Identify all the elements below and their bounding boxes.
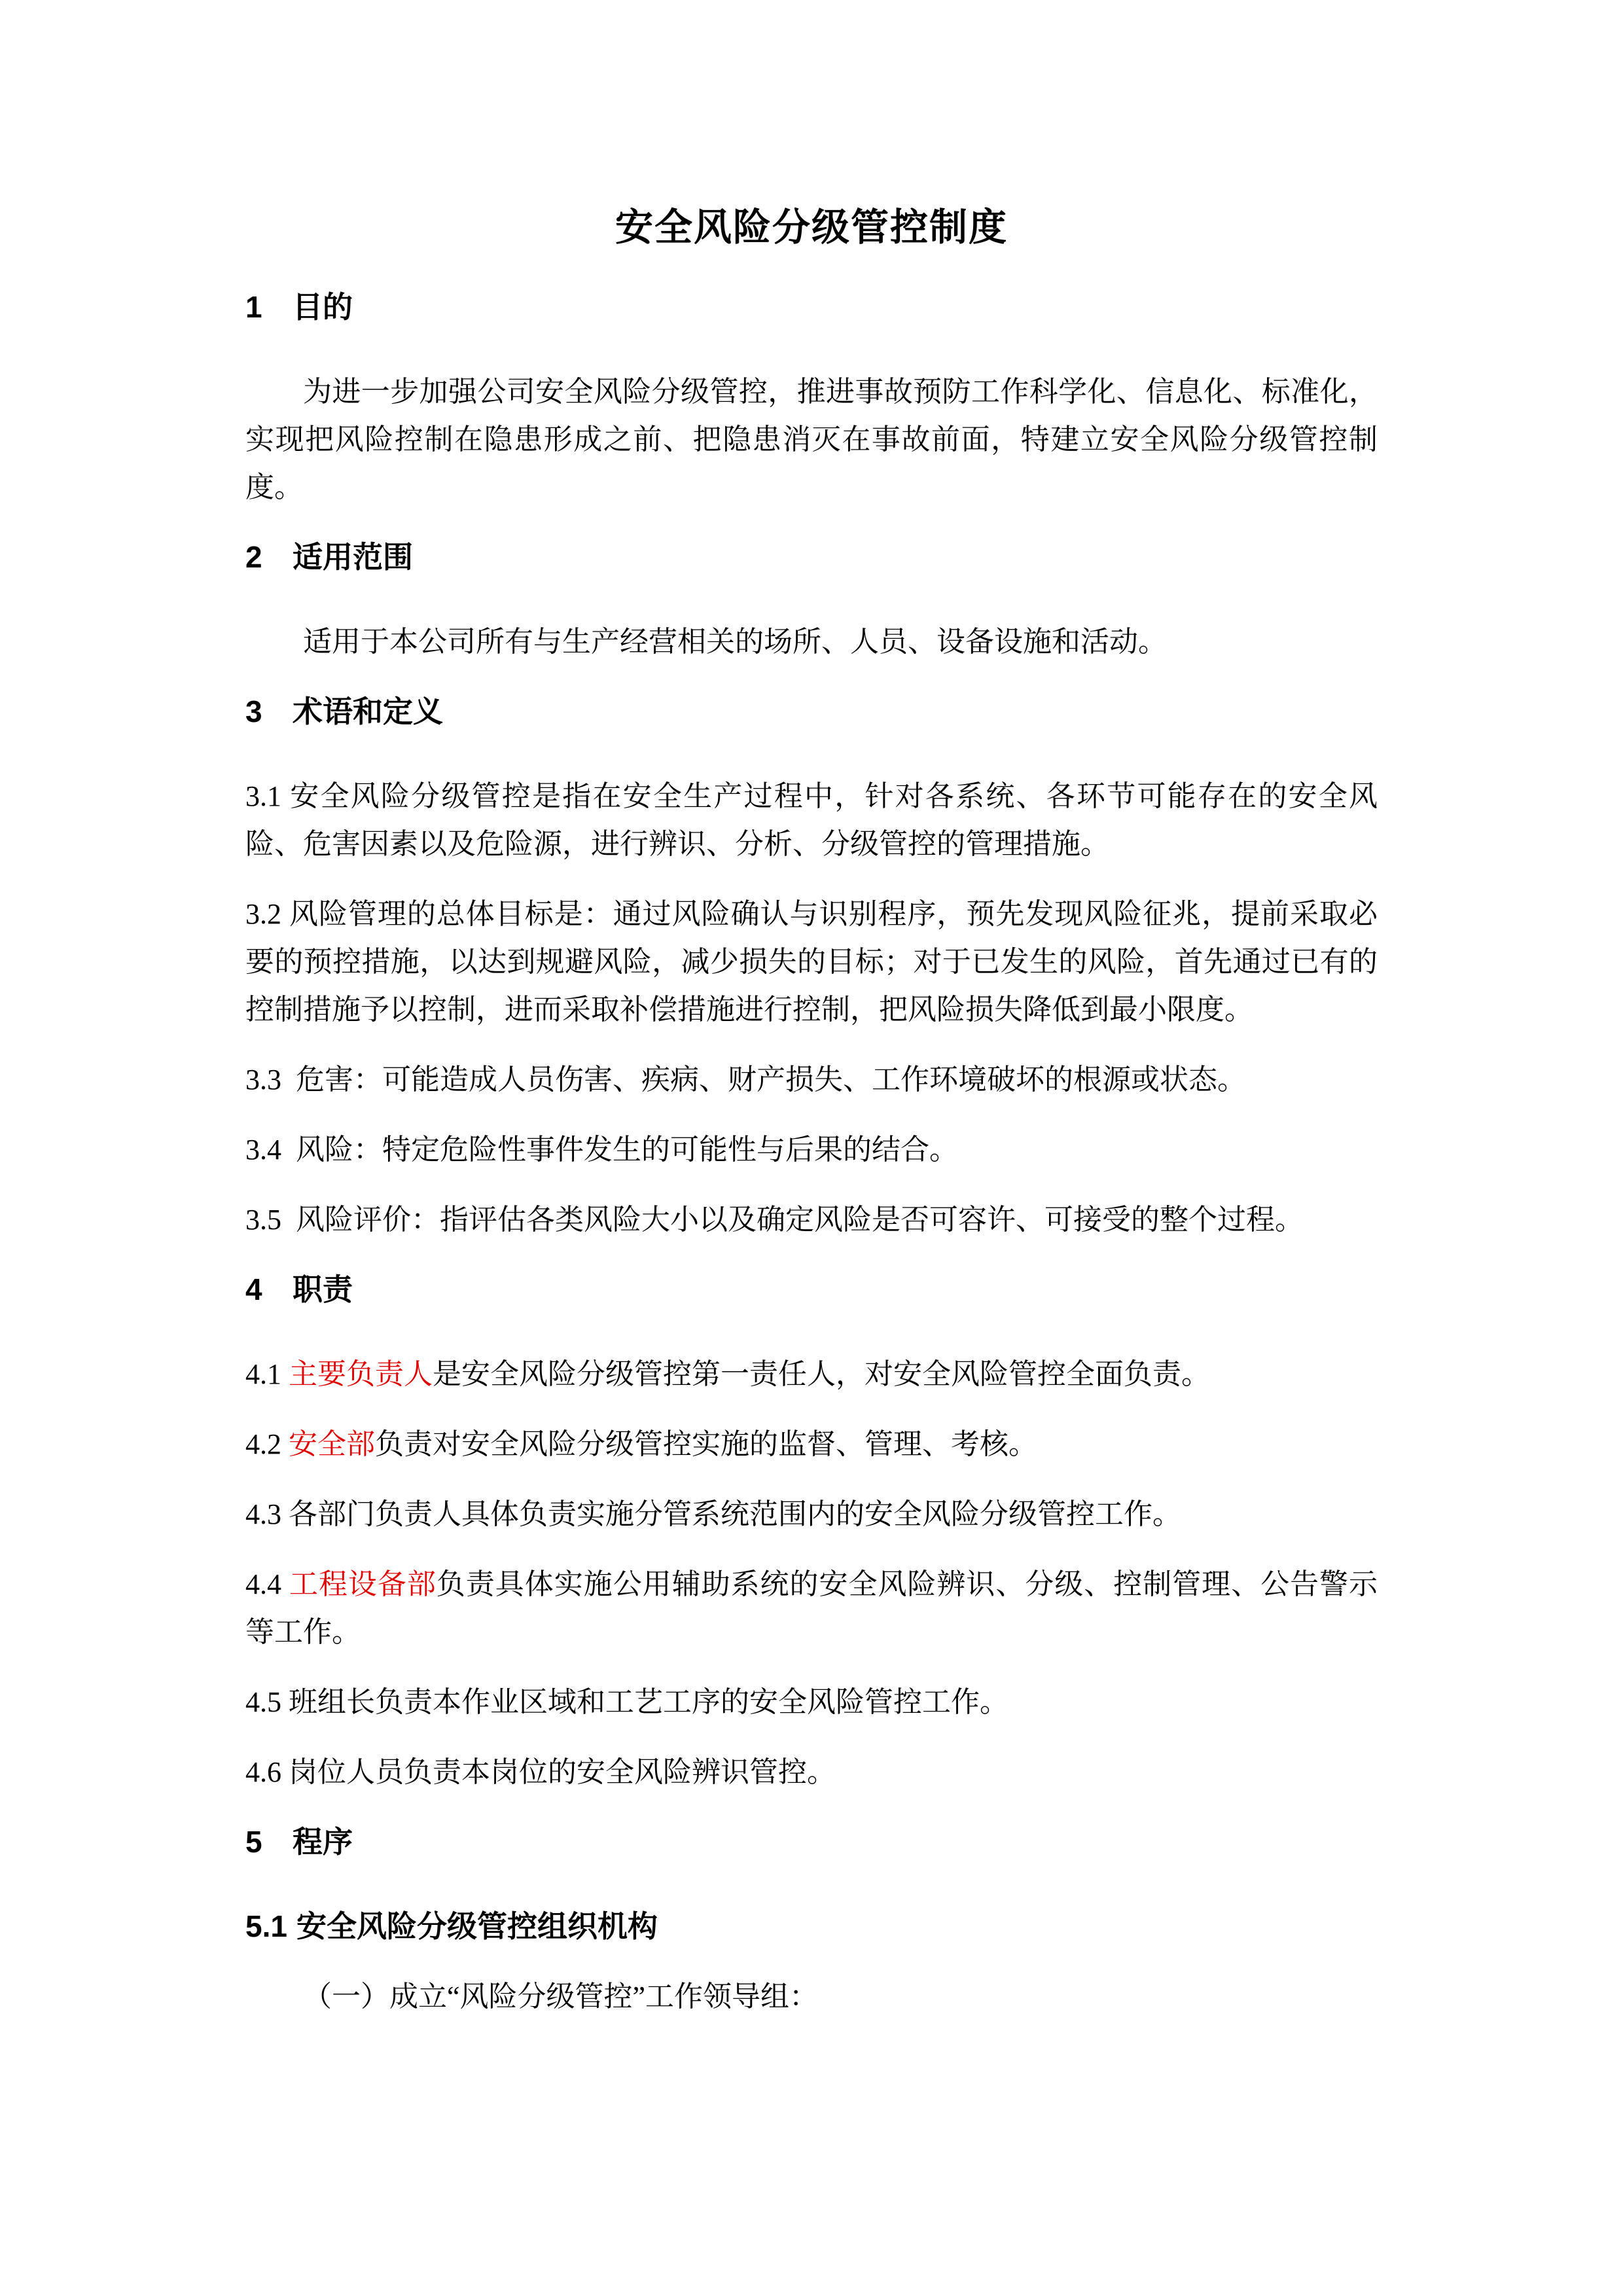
section-3-heading: 3术语和定义 — [245, 688, 1378, 736]
duty-4-4-prefix: 4.4 — [245, 1568, 289, 1600]
procedure-item-paragraph: （一）成立“风险分级管控”工作领导组： — [245, 1973, 1378, 2020]
section-1-label: 目的 — [293, 290, 353, 324]
section-4-number: 4 — [245, 1266, 293, 1314]
section-3-label: 术语和定义 — [293, 694, 443, 728]
duty-4-6-paragraph: 4.6 岗位人员负责本岗位的安全风险辨识管控。 — [245, 1748, 1378, 1796]
section-3-number: 3 — [245, 688, 293, 736]
duty-4-4-red-term: 工程设备部 — [289, 1568, 437, 1600]
section-5-number: 5 — [245, 1818, 293, 1866]
term-3-4-paragraph: 3.4 风险：特定危险性事件发生的可能性与后果的结合。 — [245, 1126, 1378, 1174]
section-2-label: 适用范围 — [293, 540, 413, 574]
scope-paragraph: 适用于本公司所有与生产经营相关的场所、人员、设备设施和活动。 — [245, 618, 1378, 666]
duty-4-5-paragraph: 4.5 班组长负责本作业区域和工艺工序的安全风险管控工作。 — [245, 1678, 1378, 1726]
section-4-label: 职责 — [293, 1272, 353, 1306]
section-5-1-label: 安全风险分级管控组织机构 — [296, 1909, 658, 1943]
section-5-label: 程序 — [293, 1825, 353, 1859]
section-5-heading: 5程序 — [245, 1818, 1378, 1866]
duty-4-4-paragraph: 4.4 工程设备部负责具体实施公用辅助系统的安全风险辨识、分级、控制管理、公告警… — [245, 1560, 1378, 1656]
term-3-2-paragraph: 3.2 风险管理的总体目标是：通过风险确认与识别程序，预先发现风险征兆，提前采取… — [245, 890, 1378, 1033]
section-5-1-heading: 5.1安全风险分级管控组织机构 — [245, 1903, 1378, 1950]
duty-4-2-paragraph: 4.2 安全部负责对安全风险分级管控实施的监督、管理、考核。 — [245, 1420, 1378, 1468]
section-2-number: 2 — [245, 533, 293, 581]
duty-4-2-text: 负责对安全风险分级管控实施的监督、管理、考核。 — [375, 1428, 1037, 1460]
duty-4-1-prefix: 4.1 — [245, 1358, 289, 1390]
duty-4-1-text: 是安全风险分级管控第一责任人，对安全风险管控全面负责。 — [433, 1358, 1210, 1390]
term-3-5-paragraph: 3.5 风险评价：指评估各类风险大小以及确定风险是否可容许、可接受的整个过程。 — [245, 1196, 1378, 1244]
section-1-number: 1 — [245, 283, 293, 331]
duty-4-2-prefix: 4.2 — [245, 1428, 289, 1460]
duty-4-1-paragraph: 4.1 主要负责人是安全风险分级管控第一责任人，对安全风险管控全面负责。 — [245, 1350, 1378, 1398]
section-1-heading: 1目的 — [245, 283, 1378, 331]
duty-4-2-red-term: 安全部 — [289, 1428, 375, 1460]
purpose-paragraph: 为进一步加强公司安全风险分级管控，推进事故预防工作科学化、信息化、标准化，实现把… — [245, 368, 1378, 511]
section-4-heading: 4职责 — [245, 1266, 1378, 1314]
document-title: 安全风险分级管控制度 — [245, 196, 1378, 259]
term-3-3-paragraph: 3.3 危害：可能造成人员伤害、疾病、财产损失、工作环境破坏的根源或状态。 — [245, 1056, 1378, 1103]
duty-4-1-red-term: 主要负责人 — [289, 1358, 433, 1390]
section-5-1-number: 5.1 — [245, 1903, 296, 1950]
term-3-1-paragraph: 3.1 安全风险分级管控是指在安全生产过程中，针对各系统、各环节可能存在的安全风… — [245, 772, 1378, 868]
section-2-heading: 2适用范围 — [245, 533, 1378, 581]
document-page: 安全风险分级管控制度 1目的 为进一步加强公司安全风险分级管控，推进事故预防工作… — [0, 0, 1623, 2296]
duty-4-3-paragraph: 4.3 各部门负责人具体负责实施分管系统范围内的安全风险分级管控工作。 — [245, 1490, 1378, 1538]
